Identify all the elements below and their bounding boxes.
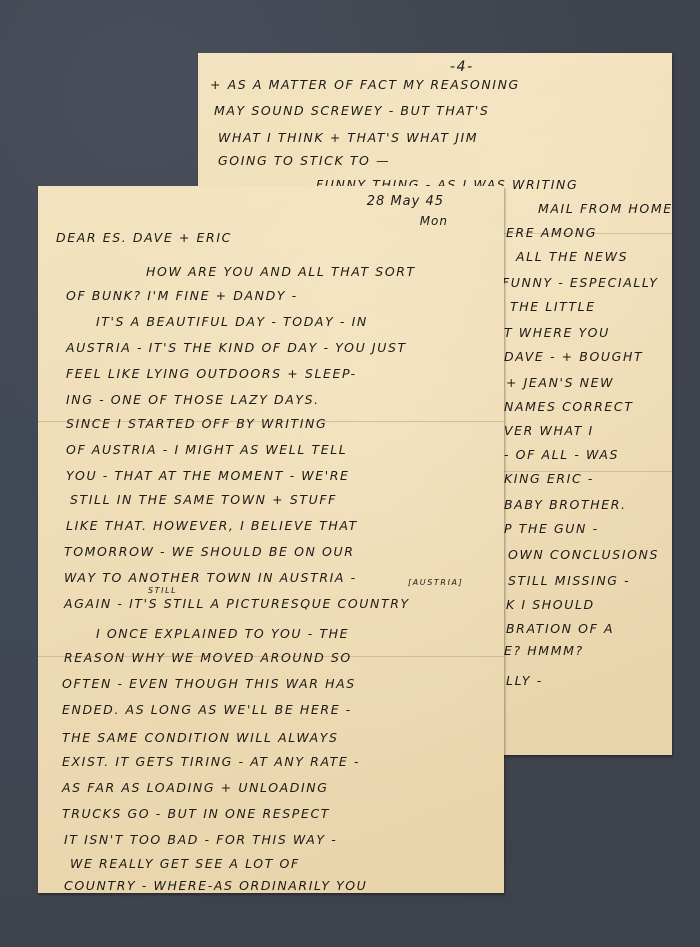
- letter-line: like that. However, I believe that: [66, 518, 358, 533]
- letter-line: Since I started off by writing: [66, 416, 327, 431]
- letter-line: names correct: [504, 399, 634, 414]
- letter-line: the little: [510, 299, 596, 314]
- letter-line: e? Hmmm?: [504, 643, 584, 658]
- letter-line: tomorrow - we should be on our: [64, 544, 355, 559]
- letter-line: of Austria - I might as well tell: [66, 442, 347, 457]
- letter-line: ended. As long as we'll be here -: [62, 702, 352, 717]
- letter-line: lly -: [506, 673, 543, 688]
- letter-line: Again - it's still a picturesque country: [64, 596, 410, 611]
- letter-line: may sound screwey - but that's: [214, 103, 489, 118]
- letter-line: of bunk? I'm fine + dandy -: [66, 288, 298, 303]
- letter-line: + Jean's new: [506, 375, 614, 390]
- letter-line: ing - One of those lazy days.: [66, 392, 320, 407]
- letter-line: still in the same town + stuff: [70, 492, 337, 507]
- letter-line: baby brother.: [504, 497, 627, 512]
- salutation: Dear Es. Dave + Eric: [56, 230, 232, 245]
- letter-line: It's a beautiful day - today - in: [96, 314, 368, 329]
- letter-line: the same condition will always: [62, 730, 339, 745]
- letter-line: p the gun -: [504, 521, 599, 536]
- letter-line: trucks go - but in one respect: [62, 806, 330, 821]
- letter-line: country - where-as ordinarily you: [64, 878, 367, 893]
- letter-line: Dave - + bought: [504, 349, 643, 364]
- letter-line: funny - especially: [502, 275, 659, 290]
- letter-line: mail from home: [538, 201, 673, 216]
- letter-line: often - even though this war has: [62, 676, 356, 691]
- letter-line: How are you and all that sort: [146, 264, 416, 279]
- letter-day: Mon: [420, 214, 448, 228]
- letter-line: you - that at the moment - we're: [66, 468, 350, 483]
- letter-line: I once explained to you - the: [96, 626, 349, 641]
- letter-line: bration of a: [506, 621, 614, 636]
- letter-line: we really get see a lot of: [70, 856, 300, 871]
- letter-page-1: 28 May 45 Mon Dear Es. Dave + Eric How a…: [38, 186, 504, 893]
- letter-line: way to another town in Austria -: [64, 570, 357, 585]
- letter-line: - of all - was: [504, 447, 619, 462]
- letter-line: t where you: [504, 325, 610, 340]
- page-number: -4-: [450, 59, 474, 75]
- bracketed-note: [Austria]: [408, 578, 463, 587]
- letter-line: what I think + that's what Jim: [218, 130, 478, 145]
- letter-line: still missing -: [508, 573, 630, 588]
- letter-line: going to stick to —: [218, 153, 390, 168]
- letter-line: reason why we moved around so: [64, 650, 352, 665]
- letter-line: feel like lying outdoors + sleep-: [66, 366, 357, 381]
- letter-line: All the news: [516, 249, 628, 264]
- letter-line: ver what I: [504, 423, 594, 438]
- letter-line: k I should: [506, 597, 595, 612]
- letter-line: + as a matter of fact my reasoning: [210, 77, 520, 92]
- inserted-word: still: [148, 586, 177, 595]
- letter-line: exist. It gets tiring - at any rate -: [62, 754, 360, 769]
- letter-line: own conclusions: [508, 547, 659, 562]
- letter-date: 28 May 45: [367, 194, 444, 209]
- letter-line: Austria - It's the kind of day - you jus…: [66, 340, 407, 355]
- letter-line: it isn't too bad - for this way -: [64, 832, 337, 847]
- letter-line: ere among: [506, 225, 597, 240]
- letter-line: king Eric -: [504, 471, 594, 486]
- letter-line: as far as loading + unloading: [62, 780, 329, 795]
